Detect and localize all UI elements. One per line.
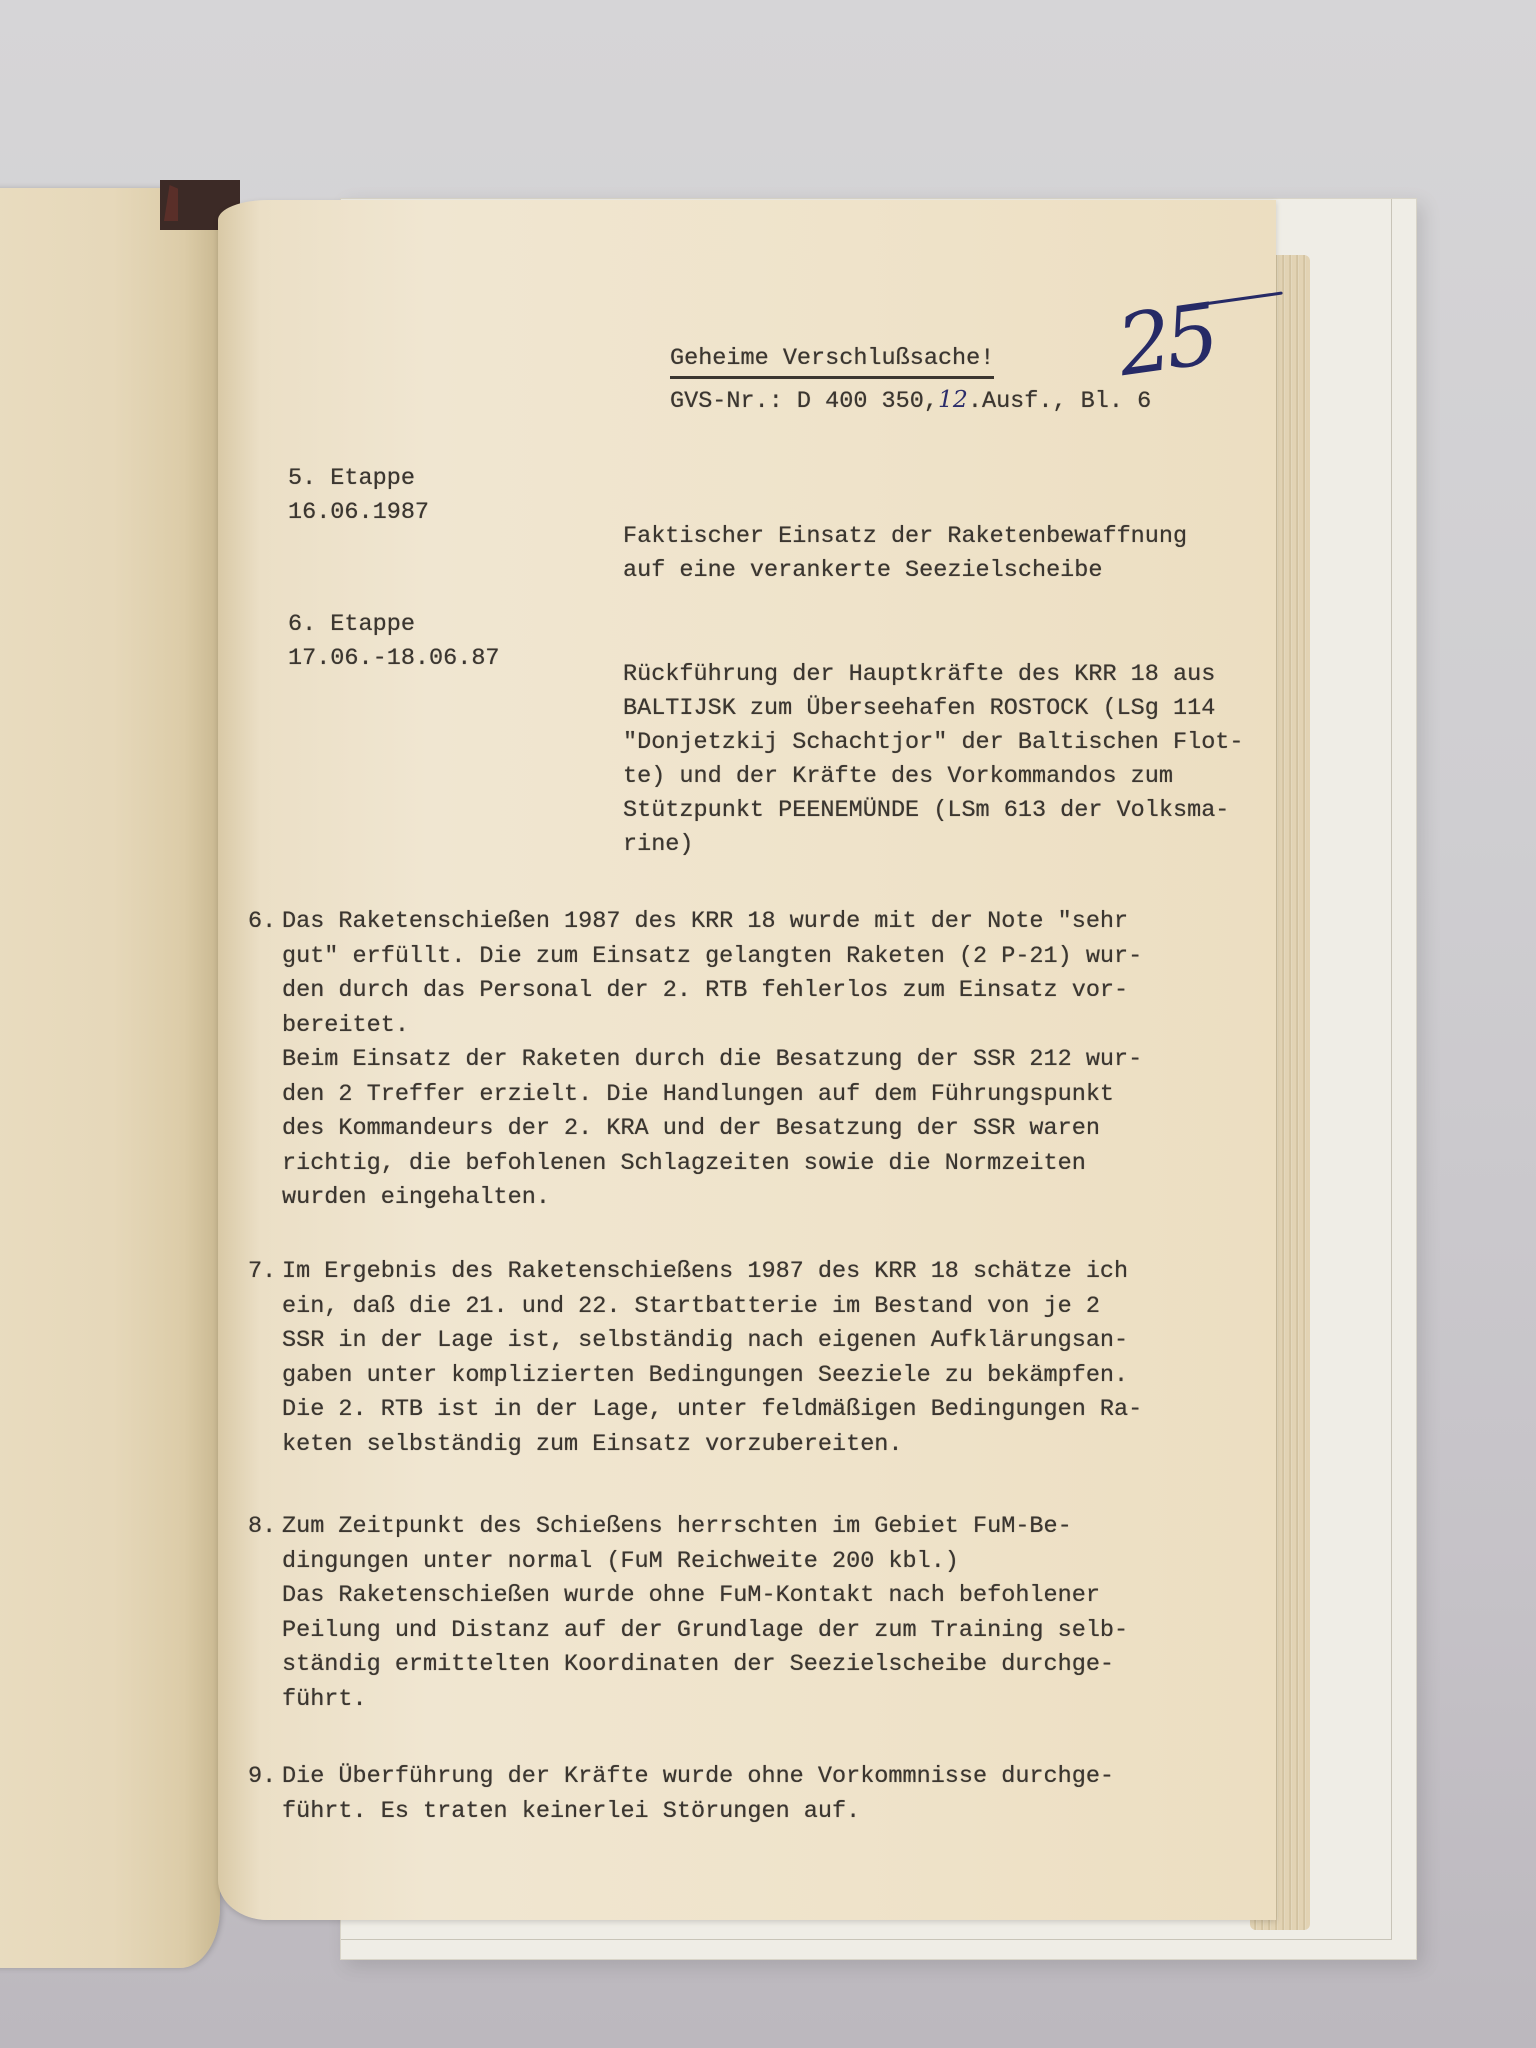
stage-5: 5. Etappe 16.06.1987 Faktischer Einsatz … <box>288 462 429 530</box>
stage-title: 6. Etappe <box>288 608 500 642</box>
item-text: Die Überführung der Kräfte wurde ohne Vo… <box>282 1760 1114 1829</box>
gvs-suffix: .Ausf., Bl. 6 <box>968 388 1151 415</box>
item-text: Zum Zeitpunkt des Schießens herrschten i… <box>282 1510 1128 1717</box>
gvs-number-line: GVS-Nr.: D 400 350,12.Ausf., Bl. 6 <box>670 379 1151 422</box>
stage-date: 16.06.1987 <box>288 496 429 530</box>
classification-label: Geheime Verschlußsache! <box>670 342 994 379</box>
gvs-prefix: GVS-Nr.: D 400 350, <box>670 388 938 415</box>
item-text: Im Ergebnis des Raketenschießens 1987 de… <box>282 1255 1142 1462</box>
handwritten-stroke <box>1203 291 1283 305</box>
stage-6: 6. Etappe 17.06.-18.06.87 Rückführung de… <box>288 608 500 676</box>
typewritten-page: 25 Geheime Verschlußsache! GVS-Nr.: D 40… <box>218 200 1276 1920</box>
classification-header: Geheime Verschlußsache! GVS-Nr.: D 400 3… <box>670 342 1151 422</box>
stage-description: Faktischer Einsatz der Raketenbewaffnung… <box>623 520 1187 588</box>
gvs-copy-handwritten: 12 <box>938 385 968 413</box>
item-number: 9. <box>248 1760 276 1794</box>
item-number: 6. <box>248 905 276 939</box>
left-folded-page <box>0 188 220 1968</box>
item-number: 7. <box>248 1255 276 1289</box>
item-text: Das Raketenschießen 1987 des KRR 18 wurd… <box>282 905 1142 1216</box>
stage-title: 5. Etappe <box>288 462 429 496</box>
item-number: 8. <box>248 1510 276 1544</box>
stage-date: 17.06.-18.06.87 <box>288 642 500 676</box>
stage-description: Rückführung der Hauptkräfte des KRR 18 a… <box>623 658 1244 862</box>
